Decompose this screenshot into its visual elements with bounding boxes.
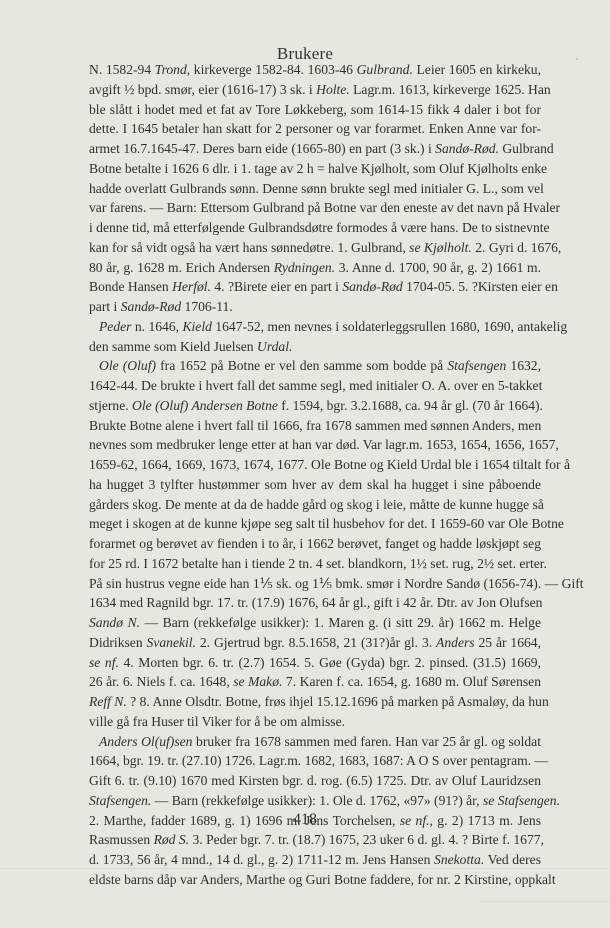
text-run: 1664, bgr. 19. tr. (27.10) 1726. Lagr.m.… [89, 753, 548, 768]
text-run: den samme som Kield Juelsen [89, 339, 257, 354]
text-line: 26 år. 6. Niels f. ca. 1648, se Makø. 7.… [89, 672, 541, 692]
text-line: Bonde Hansen Herføl. 4. ?Birete eier en … [89, 277, 541, 297]
text-run: avgift ½ bpd. smør, eier (1616-17) 3 sk.… [89, 82, 316, 97]
text-line: Sandø N. — Barn (rekkefølge usikker): 1.… [89, 613, 541, 633]
text-run: armet 16.7.1645-47. Deres barn eide (166… [89, 141, 435, 156]
text-line: 1659-62, 1664, 1669, 1673, 1674, 1677. O… [89, 455, 541, 475]
italic-name: Anders [436, 635, 475, 650]
text-run: Rasmussen [89, 832, 154, 847]
text-run: 1647-52, men nevnes i soldaterleggsrulle… [212, 319, 567, 334]
text-line: den samme som Kield Juelsen Urdal. [89, 337, 541, 357]
text-run: ville gå fra Huser til Viker for å be om… [89, 714, 345, 729]
italic-name: Anders Ol(uf)sen [99, 734, 192, 749]
text-run: ? 8. Anne Olsdtr. Botne, frøs ihjel 15.1… [127, 694, 549, 709]
italic-name: se Kjølholt. [409, 240, 472, 255]
italic-name: Reff N. [89, 694, 127, 709]
italic-name: Urdal. [257, 339, 292, 354]
text-run: hadde overlatt Gulbrands sønn. Denne søn… [89, 181, 544, 196]
italic-name: Stafsengen. [89, 793, 151, 808]
text-run: n. 1646, [131, 319, 182, 334]
text-run: stjerne. [89, 398, 132, 413]
text-run: forarmet og berøvet av fienden i to år, … [89, 536, 541, 551]
text-line: dette. I 1645 betaler han skatt for 2 pe… [89, 119, 541, 139]
text-line: nevnes som medbruker lenge etter at han … [89, 435, 541, 455]
text-run: gårders skog. De mente at da de hadde gå… [89, 497, 544, 512]
text-run: — Barn (rekkefølge usikker): 1. Ole d. 1… [151, 793, 483, 808]
text-line: ha hugget 3 tylfter hustømmer som hver a… [89, 475, 541, 495]
text-line: Peder n. 1646, Kield 1647-52, men nevnes… [89, 317, 541, 337]
text-line: ville gå fra Huser til Viker for å be om… [89, 712, 541, 732]
italic-name: Sandø-Rød [121, 299, 181, 314]
text-line: 80 år, g. 1628 m. Erich Andersen Rydning… [89, 258, 541, 278]
text-run: 4. Morten bgr. 6. tr. (2.7) 1654. 5. Gøe… [119, 655, 541, 670]
text-line: 1642-44. De brukte i hvert fall det samm… [89, 376, 541, 396]
text-run: 25 år 1664, [475, 635, 541, 650]
italic-name: se Stafsengen. [483, 793, 560, 808]
page-edge-line [0, 868, 610, 869]
text-run: kirkeverge 1582-84. 1603-46 [190, 62, 356, 77]
page-edge-line [480, 901, 610, 902]
text-line: Didriksen Svanekil. 2. Gjertrud bgr. 8.5… [89, 633, 541, 653]
text-run: eldste barns dåp var Anders, Marthe og G… [89, 872, 556, 887]
text-line: ble slått i hodet med et fat av Tore Løk… [89, 100, 541, 120]
italic-name: Kield [182, 319, 211, 334]
text-line: hadde overlatt Gulbrands sønn. Denne søn… [89, 179, 541, 199]
italic-name: Herføl. [172, 279, 211, 294]
italic-name: Gulbrand. [357, 62, 413, 77]
italic-name: Sandø-Rød. [435, 141, 499, 156]
text-run: 1704-05. 5. ?Kirsten eier en [403, 279, 558, 294]
italic-name: Peder [99, 319, 131, 334]
text-line: Anders Ol(uf)sen bruker fra 1678 sammen … [89, 732, 541, 752]
text-run: 1706-11. [181, 299, 233, 314]
text-line: kan for så vidt også ha vært hans sønned… [89, 238, 541, 258]
text-run: På sin hustrus vegne eide han 1⅕ sk. og … [89, 576, 584, 591]
italic-name: Sandø-Rød [342, 279, 402, 294]
text-run: Bonde Hansen [89, 279, 172, 294]
text-run: dette. I 1645 betaler han skatt for 2 pe… [89, 121, 541, 136]
text-run: Gulbrand [499, 141, 554, 156]
text-run: ha hugget 3 tylfter hustømmer som hver a… [89, 477, 541, 492]
italic-name: Ole (Oluf) Andersen Botne [132, 398, 278, 413]
text-line: var farens. — Barn: Ettersom Gulbrand på… [89, 198, 541, 218]
text-line: i denne tid, må etterfølgende Gulbrandsd… [89, 218, 541, 238]
text-run: 3. Peder bgr. 7. tr. (18.7) 1675, 23 uke… [189, 832, 544, 847]
text-run: d. 1733, 56 år, 4 mnd., 14 d. gl., g. 2)… [89, 852, 434, 867]
text-line: armet 16.7.1645-47. Deres barn eide (166… [89, 139, 541, 159]
italic-name: Svanekil. [147, 635, 196, 650]
text-line: Gift 6. tr. (9.10) 1670 med Kirsten bgr.… [89, 771, 541, 791]
text-run: 26 år. 6. Niels f. ca. 1648, [89, 674, 233, 689]
italic-name: Trond, [155, 62, 190, 77]
text-run: Lagr.m. 1613, kirkeverge 1625. Han [350, 82, 551, 97]
italic-name: Snekotta. [434, 852, 484, 867]
body-text: N. 1582-94 Trond, kirkeverge 1582-84. 16… [89, 60, 541, 890]
text-run: 1659-62, 1664, 1669, 1673, 1674, 1677. O… [89, 457, 570, 472]
text-line: gårders skog. De mente at da de hadde gå… [89, 495, 541, 515]
text-run: 4. ?Birete eier en part i [211, 279, 342, 294]
text-run: Gift 6. tr. (9.10) 1670 med Kirsten bgr.… [89, 773, 541, 788]
text-run: 1632, [506, 358, 541, 373]
italic-name: Stafsengen [447, 358, 506, 373]
text-line: d. 1733, 56 år, 4 mnd., 14 d. gl., g. 2)… [89, 850, 541, 870]
text-run: part i [89, 299, 121, 314]
text-run: meget i skogen at de kunne kjøpe seg sal… [89, 516, 564, 531]
italic-name: se nf. [89, 655, 119, 670]
text-line: avgift ½ bpd. smør, eier (1616-17) 3 sk.… [89, 80, 541, 100]
text-run: 1642-44. De brukte i hvert fall det samm… [89, 378, 542, 393]
text-run: bruker fra 1678 sammen med faren. Han va… [192, 734, 541, 749]
text-run: N. 1582-94 [89, 62, 155, 77]
italic-name: Holte. [316, 82, 350, 97]
text-run: 1634 med Ragnild bgr. 17. tr. (17.9) 167… [89, 595, 542, 610]
text-run: Didriksen [89, 635, 147, 650]
text-line: Brukte Botne alene i hvert fall til 1666… [89, 416, 541, 436]
text-run: Leier 1605 en kirkeku, [413, 62, 541, 77]
text-run: nevnes som medbruker lenge etter at han … [89, 437, 559, 452]
text-line: stjerne. Ole (Oluf) Andersen Botne f. 15… [89, 396, 541, 416]
text-line: forarmet og berøvet av fienden i to år, … [89, 534, 541, 554]
text-run: 7. Karen f. ca. 1654, g. 1680 m. Oluf Sø… [282, 674, 541, 689]
scan-speck [576, 58, 578, 60]
text-line: for 25 rd. I 1672 betalte han i tiende 2… [89, 554, 541, 574]
italic-name: Ole (Oluf) [99, 358, 156, 373]
text-line: 1634 med Ragnild bgr. 17. tr. (17.9) 167… [89, 593, 541, 613]
text-line: 1664, bgr. 19. tr. (27.10) 1726. Lagr.m.… [89, 751, 541, 771]
italic-name: Sandø N. [89, 615, 140, 630]
text-run: 2. Gjertrud bgr. 8.5.1658, 21 (31?)år gl… [196, 635, 436, 650]
text-run: 3. Anne d. 1700, 90 år, g. 2) 1661 m. [335, 260, 541, 275]
text-run: f. 1594, bgr. 3.2.1688, ca. 94 år gl. (7… [278, 398, 543, 413]
text-line: På sin hustrus vegne eide han 1⅕ sk. og … [89, 574, 541, 594]
text-run: 2. Gyri d. 1676, [472, 240, 562, 255]
text-run: — Barn (rekkefølge usikker): 1. Maren g.… [140, 615, 541, 630]
text-run: Brukte Botne alene i hvert fall til 1666… [89, 418, 541, 433]
text-line: N. 1582-94 Trond, kirkeverge 1582-84. 16… [89, 60, 541, 80]
text-line: meget i skogen at de kunne kjøpe seg sal… [89, 514, 541, 534]
text-line: Botne betalte i 1626 6 dlr. i 1. tage av… [89, 159, 541, 179]
text-line: Ole (Oluf) fra 1652 på Botne er vel den … [89, 356, 541, 376]
text-run: var farens. — Barn: Ettersom Gulbrand på… [89, 200, 560, 215]
italic-name: se Makø. [233, 674, 282, 689]
text-line: Stafsengen. — Barn (rekkefølge usikker):… [89, 791, 541, 811]
page-number: 418 [0, 811, 610, 829]
text-line: part i Sandø-Rød 1706-11. [89, 297, 541, 317]
text-run: kan for så vidt også ha vært hans sønned… [89, 240, 409, 255]
text-line: Reff N. ? 8. Anne Olsdtr. Botne, frøs ih… [89, 692, 541, 712]
text-line: eldste barns dåp var Anders, Marthe og G… [89, 870, 541, 890]
text-run: Botne betalte i 1626 6 dlr. i 1. tage av… [89, 161, 547, 176]
text-line: se nf. 4. Morten bgr. 6. tr. (2.7) 1654.… [89, 653, 541, 673]
italic-name: Rydningen. [274, 260, 335, 275]
text-run: Ved deres [484, 852, 541, 867]
text-run: ble slått i hodet med et fat av Tore Løk… [89, 102, 541, 117]
text-run: i denne tid, må etterfølgende Gulbrandsd… [89, 220, 550, 235]
text-run: 80 år, g. 1628 m. Erich Andersen [89, 260, 274, 275]
text-line: Rasmussen Rød S. 3. Peder bgr. 7. tr. (1… [89, 830, 541, 850]
text-run: for 25 rd. I 1672 betalte han i tiende 2… [89, 556, 547, 571]
italic-name: Rød S. [154, 832, 190, 847]
text-run: fra 1652 på Botne er vel den samme som b… [156, 358, 447, 373]
